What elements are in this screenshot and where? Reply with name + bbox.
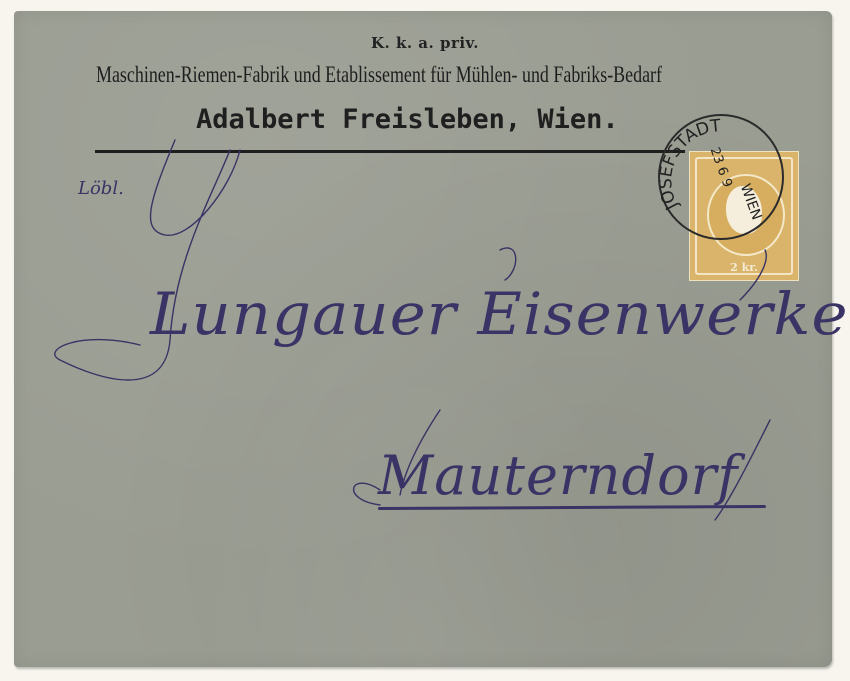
addressee-city: Mauterndorf xyxy=(378,444,738,507)
letterhead-company-name: Adalbert Freisleben, Wien. xyxy=(196,104,619,135)
letterhead-privilege: K. k. a. priv. xyxy=(0,34,850,52)
letterhead-rule xyxy=(95,150,685,153)
sender-note: Löbl. xyxy=(78,178,124,199)
letterhead-company-description: Maschinen-Riemen-Fabrik und Etablissemen… xyxy=(96,62,662,88)
addressee-name: Lungauer Eisenwerke xyxy=(150,280,849,348)
stamp-denomination: 2 kr. xyxy=(690,261,798,274)
postage-stamp: 2 kr. xyxy=(690,152,798,280)
